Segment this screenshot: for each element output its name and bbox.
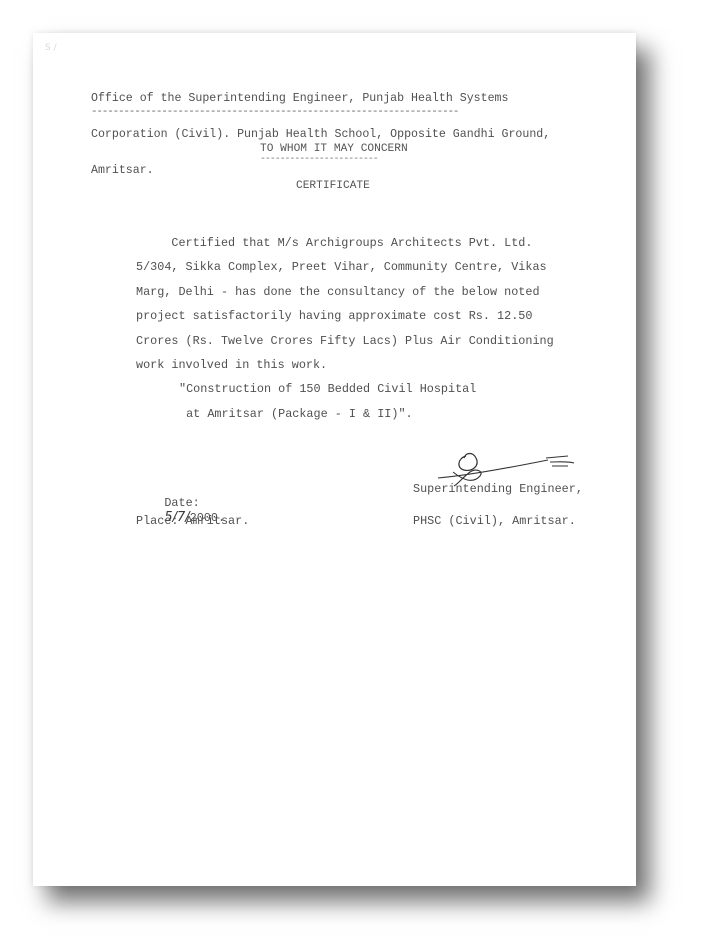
certificate-page: S / Office of the Superintending Enginee… xyxy=(33,33,636,886)
title-underline: ------------------------ xyxy=(260,154,378,165)
body-line-5: Crores (Rs. Twelve Crores Fifty Lacs) Pl… xyxy=(136,334,554,348)
corner-mark: S / xyxy=(45,43,57,53)
project-line-1: "Construction of 150 Bedded Civil Hospit… xyxy=(179,382,476,396)
body-line-1: Certified that M/s Archigroups Architect… xyxy=(136,236,532,250)
place-field: Place: Amritsar. xyxy=(136,514,249,528)
date-field: Date: 5/7/2000. xyxy=(136,482,225,539)
body-line-6: work involved in this work. xyxy=(136,358,327,372)
document-subtitle: CERTIFICATE xyxy=(296,180,370,192)
header-divider: ----------------------------------------… xyxy=(91,106,458,118)
header-line-1: Office of the Superintending Engineer, P… xyxy=(91,93,550,105)
signatory-title: Superintending Engineer, xyxy=(413,482,583,496)
body-line-3: Marg, Delhi - has done the consultancy o… xyxy=(136,285,540,299)
body-line-4: project satisfactorily having approximat… xyxy=(136,309,532,323)
body-line-2: 5/304, Sikka Complex, Preet Vihar, Commu… xyxy=(136,260,547,274)
project-line-2: at Amritsar (Package - I & II)". xyxy=(179,407,413,421)
date-label: Date: xyxy=(164,496,199,510)
header-line-2: Corporation (Civil). Punjab Health Schoo… xyxy=(91,129,550,141)
signatory-organization: PHSC (Civil), Amritsar. xyxy=(413,514,576,528)
header-line-3: Amritsar. xyxy=(91,165,550,177)
